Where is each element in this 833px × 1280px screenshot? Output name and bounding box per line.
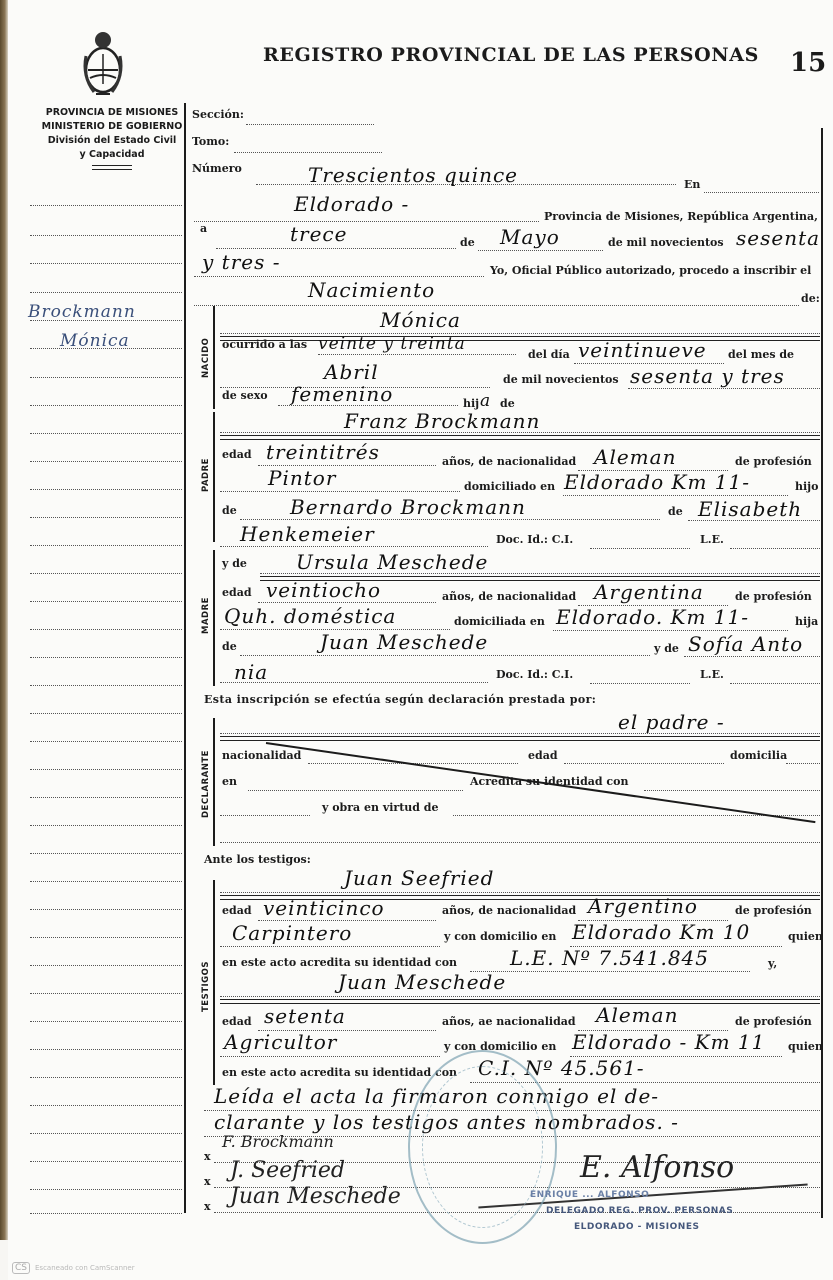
padre-nacionalidad: Aleman — [594, 445, 676, 469]
decl-obra-pre[interactable] — [220, 815, 310, 816]
madre-dom-field[interactable] — [553, 630, 788, 631]
t1-doc-field[interactable] — [470, 971, 750, 972]
stamp-name: ENRIQUE ... ALFONSO — [530, 1190, 649, 1200]
hija-label: hija — [795, 615, 818, 628]
del-dia-label: del día — [528, 348, 570, 361]
official-seal-stamp — [408, 1050, 557, 1244]
testigo1-domicilio: Eldorado Km 10 — [572, 920, 750, 944]
padre-le-field[interactable] — [730, 548, 820, 549]
nombre-underline — [220, 336, 820, 341]
madre-bracket — [213, 550, 215, 686]
decl-domicilia-label: domicilia — [730, 749, 787, 762]
t1-quien-label: quien — [788, 930, 823, 943]
seccion-field[interactable] — [246, 124, 374, 125]
padre-domicilio: Eldorado Km 11- — [564, 470, 750, 494]
t2-nac-label: años, ae nacionalidad — [442, 1015, 576, 1028]
nacido-label: NACIDO — [201, 338, 211, 378]
stamp-place: ELDORADO - MISIONES — [574, 1222, 699, 1232]
t2-quien-label: quien — [788, 1040, 823, 1053]
t2-dom-label: y con domicilio en — [444, 1040, 556, 1053]
tomo-field[interactable] — [234, 152, 382, 153]
t1-dom-label: y con domicilio en — [444, 930, 556, 943]
madre-nombre: Ursula Meschede — [296, 550, 488, 574]
abuelo-materno-field[interactable] — [240, 655, 650, 656]
anio-field-2[interactable] — [194, 276, 484, 277]
t1-prof-label: de profesión — [735, 904, 812, 917]
padre-le-label: L.E. — [700, 533, 724, 546]
hora-field[interactable] — [318, 354, 516, 355]
sexo-label: de sexo — [222, 389, 268, 402]
decl-obra-label: y obra en virtud de — [322, 801, 438, 814]
document-title: REGISTRO PROVINCIAL DE LAS PERSONAS — [263, 44, 759, 66]
sig-mark-3: x — [204, 1200, 211, 1213]
hijo-label: hijo — [795, 480, 819, 493]
abuelo-paterno: Bernardo Brockmann — [290, 495, 526, 519]
nombre-line — [220, 333, 820, 334]
tomo-label: Tomo: — [192, 135, 229, 148]
issuing-authority: PROVINCIA DE MISIONES MINISTERIO DE GOBI… — [32, 106, 192, 170]
madre-de-label: de — [222, 640, 237, 653]
testigo1-nacionalidad: Argentino — [588, 894, 698, 918]
ministry-label: MINISTERIO DE GOBIERNO — [32, 120, 192, 134]
testigo2-nacionalidad: Aleman — [596, 1003, 678, 1027]
dia-value: trece — [290, 222, 347, 246]
decl-en-label: En — [222, 775, 237, 788]
de-label: de — [460, 236, 475, 249]
acto-value: Nacimiento — [308, 278, 435, 302]
t1-edad-label: edad — [222, 904, 252, 917]
birth-certificate-page: REGISTRO PROVINCIAL DE LAS PERSONAS 15 P… — [8, 0, 833, 1280]
anio-value-1: sesenta — [736, 226, 820, 250]
numero-value: Trescientos quince — [308, 163, 518, 187]
page-edge-shadow — [0, 0, 8, 1240]
madre-label: MADRE — [201, 597, 211, 634]
anio-nac-field[interactable] — [628, 388, 820, 389]
nombre-value: Mónica — [380, 308, 461, 332]
mil-novecientos-label: de mil novecientos — [608, 236, 724, 249]
madre-prof-label: de profesión — [735, 590, 812, 603]
abuelo-materno: Juan Meschede — [320, 630, 488, 654]
padre-edad: treintitrés — [266, 440, 380, 464]
y-de-label: de — [668, 505, 683, 518]
madre-nac-label: años, de nacionalidad — [442, 590, 576, 603]
madre-edad: veintiocho — [266, 578, 381, 602]
testigo1-profesion: Carpintero — [232, 921, 352, 945]
domiciliada-label: domiciliada en — [454, 615, 545, 628]
t1-prof-field[interactable] — [220, 946, 440, 947]
t2-prof-label: de profesión — [735, 1015, 812, 1028]
decl-en-field[interactable] — [248, 790, 463, 791]
decl-doc-field[interactable] — [644, 790, 820, 791]
padre-doc-label: Doc. Id.: C.I. — [496, 533, 573, 546]
testigo1-nombre: Juan Seefried — [344, 866, 494, 890]
acto-field[interactable] — [194, 305, 799, 306]
t2-acredita-label: en este acto acredita su identidad con — [222, 1066, 457, 1079]
right-border — [821, 128, 823, 1218]
sig-mark-2: x — [204, 1175, 211, 1188]
division-label-2: y Capacidad — [32, 148, 192, 162]
padre-bracket — [213, 412, 215, 542]
testigos-label: TESTIGOS — [201, 961, 211, 1012]
inscripcion-label: Esta inscripción se efectúa según declar… — [204, 693, 596, 706]
sexo-value: femenino — [291, 382, 393, 406]
t1-acredita-label: en este acto acredita su identidad con — [222, 956, 457, 969]
seccion-label: Sección: — [192, 108, 244, 121]
numero-label: Número — [192, 162, 242, 175]
t2-prof-field[interactable] — [220, 1056, 440, 1057]
hora-value: veinte y treinta — [318, 334, 466, 354]
declarante-bracket — [213, 718, 215, 846]
testigo1-documento: L.E. Nº 7.541.845 — [510, 946, 709, 970]
mes-field[interactable] — [478, 250, 603, 251]
padre-nombre: Franz Brockmann — [344, 409, 540, 433]
declarante-por: el padre - — [618, 710, 725, 734]
testigo2-profesion: Agricultor — [224, 1030, 337, 1054]
sig-mark-1: x — [204, 1150, 211, 1163]
declarante-label: DECLARANTE — [201, 750, 211, 818]
testigos-intro-label: Ante los testigos: — [204, 853, 311, 866]
madre-profesion: Quh. doméstica — [224, 604, 396, 628]
signature-testigo-1: J. Seefried — [230, 1158, 345, 1183]
abuela-materna-2: nia — [234, 660, 268, 684]
testigo1-name-line — [220, 892, 820, 893]
abuela-materna-field[interactable] — [684, 656, 820, 657]
signature-testigo-2: Juan Meschede — [230, 1184, 401, 1209]
argentine-coat-of-arms-icon — [78, 26, 128, 100]
testigo2-nombre: Juan Meschede — [338, 970, 506, 994]
abuela-paterna-field-2[interactable] — [220, 546, 488, 547]
t1-y-label: y, — [768, 957, 777, 970]
dia-field[interactable] — [216, 248, 456, 249]
de-colon-label: de: — [801, 292, 820, 305]
declarante-name-line — [220, 733, 820, 734]
oficial-label: Yo, Oficial Público autorizado, procedo … — [490, 264, 811, 277]
margin-divider — [184, 103, 186, 1213]
padre-de-label: de — [222, 504, 237, 517]
lugar-field[interactable] — [194, 221, 539, 222]
abuela-materna-1: Sofía Anto — [688, 632, 803, 656]
signature-official: E. Alfonso — [580, 1150, 734, 1185]
t1-nac-label: años, de nacionalidad — [442, 904, 576, 917]
signature-declarante: F. Brockmann — [222, 1132, 334, 1151]
decl-extra-field[interactable] — [220, 842, 820, 843]
padre-profesion: Pintor — [268, 466, 336, 490]
abuela-paterna-2: Henkemeier — [240, 522, 375, 546]
anio-nac-value: sesenta y tres — [630, 364, 785, 388]
stamp-role: DELEGADO REG. PROV. PERSONAS — [546, 1206, 733, 1216]
madre-nacionalidad: Argentina — [594, 580, 704, 604]
madre-ci-field[interactable] — [590, 683, 690, 684]
camscanner-logo-icon: CS — [12, 1262, 30, 1274]
margin-given-name: Mónica — [60, 331, 130, 351]
padre-prof-label: de profesión — [735, 455, 812, 468]
madre-y-de-label: y de — [222, 557, 247, 570]
abuelo-paterno-field[interactable] — [240, 519, 660, 520]
division-label-1: División del Estado Civil — [32, 134, 192, 148]
abuela-paterna-1: Elisabeth — [698, 497, 802, 521]
watermark-text: Escaneado con CamScanner — [35, 1264, 135, 1272]
madre-y-de-2-label: y de — [654, 642, 679, 655]
mes-nac-value: Abril — [324, 360, 379, 384]
madre-edad-field[interactable] — [258, 602, 436, 603]
madre-domicilio: Eldorado. Km 11- — [556, 605, 749, 629]
dia-nac-value: veintinueve — [578, 338, 707, 362]
scanner-watermark: CS Escaneado con CamScanner — [12, 1262, 135, 1274]
declarante-underline — [220, 736, 820, 741]
decl-nacionalidad-label: nacionalidad — [222, 749, 301, 762]
testigos-bracket — [213, 880, 215, 1085]
mes-de-label: del mes de — [728, 348, 794, 361]
hij-suffix: a — [480, 391, 491, 411]
decl-dom-field[interactable] — [786, 763, 820, 764]
province-label: PROVINCIA DE MISIONES — [32, 106, 192, 120]
madre-le-field[interactable] — [730, 683, 820, 684]
en-line — [704, 192, 819, 193]
decl-edad-label: edad — [528, 749, 558, 762]
t2-edad-label: edad — [222, 1015, 252, 1028]
nacido-bracket — [213, 306, 215, 409]
testigo2-domicilio: Eldorado - Km 11 — [572, 1030, 765, 1054]
margin-surname: Brockmann — [28, 302, 136, 322]
testigo2-edad: setenta — [264, 1004, 346, 1028]
testigo1-edad: veinticinco — [263, 896, 385, 920]
ocurrido-label: ocurrido a las — [222, 338, 307, 351]
domiciliado-label: domiciliado en — [464, 480, 555, 493]
a-label: a — [200, 222, 207, 235]
padre-prof-field[interactable] — [220, 491, 460, 492]
testigo2-name-line — [220, 996, 820, 997]
page-number: 15 — [790, 48, 826, 78]
mes-value: Mayo — [500, 225, 560, 249]
divider — [92, 165, 132, 170]
decl-edad-field[interactable] — [564, 763, 724, 764]
anio-value-2: y tres - — [202, 250, 280, 274]
mil-novecientos-label-2: de mil novecientos — [503, 373, 619, 386]
en-label: En — [684, 178, 700, 191]
padre-edad-label: edad — [222, 448, 252, 461]
padre-nac-label: años, de nacionalidad — [442, 455, 576, 468]
madre-edad-label: edad — [222, 586, 252, 599]
padre-dom-field[interactable] — [563, 495, 788, 496]
lugar-value: Eldorado - — [294, 192, 409, 216]
padre-label: PADRE — [201, 458, 211, 492]
madre-le-label: L.E. — [700, 668, 724, 681]
padre-ci-field[interactable] — [590, 548, 690, 549]
madre-doc-label: Doc. Id.: C.I. — [496, 668, 573, 681]
provincia-label: Provincia de Misiones, República Argenti… — [544, 210, 818, 223]
